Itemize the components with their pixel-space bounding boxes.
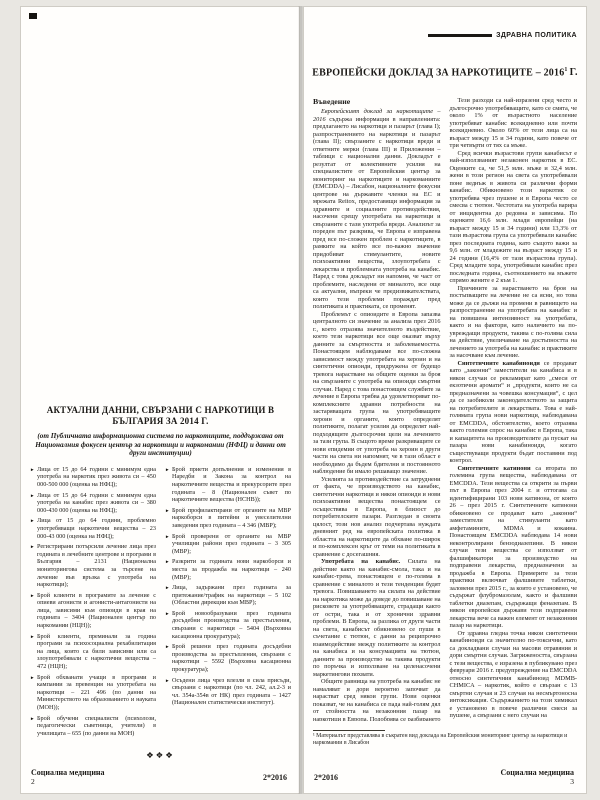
footer-journal-block: Социална медицина 3 — [500, 768, 574, 786]
list-item-text: Осъдени лица чрез влезли в сила присъди,… — [172, 677, 291, 707]
bullet-list-col2: ►Брой приети допълнения и изменения в На… — [165, 466, 291, 741]
footnote-text: ¹ Материалът представлява в съкратен вид… — [313, 733, 577, 747]
bullet-arrow-icon: ► — [30, 492, 37, 515]
bullet-arrow-icon: ► — [30, 466, 37, 489]
bullet-arrow-icon: ► — [30, 715, 37, 738]
bulgaria-data-section: АКТУАЛНИ ДАННИ, СВЪРЗАНИ С НАРКОТИЦИ В Б… — [30, 405, 291, 761]
footnote-block: ¹ Материалът представлява в съкратен вид… — [313, 730, 577, 747]
list-item-text: Лица от 15 до 64 години с минимум една у… — [37, 492, 156, 515]
paragraph: Синтетичните катинони са втората по голе… — [450, 465, 578, 630]
bullet-arrow-icon: ► — [30, 517, 37, 540]
list-item: ►Лица, задържани през годината за притеж… — [165, 584, 291, 607]
column-heading: Въведение — [313, 97, 441, 106]
rubric-label: ЗДРАВНА ПОЛИТИКА — [496, 32, 577, 39]
list-item: ►Разкрити за годината нови наркоборси и … — [165, 558, 291, 581]
list-item: ►Лица от 15 до 64 години с минимум една … — [30, 466, 156, 489]
paragraph: Синтетичните канабиноиди се продават кат… — [450, 360, 578, 465]
list-item-text: Брой клиенти, преминали за година програ… — [37, 633, 156, 671]
list-item: ►Брой обучени специалисти (психолози, пе… — [30, 715, 156, 738]
section-end-mark: ❖❖❖ — [30, 750, 291, 761]
section-subtitle: (от Публичната информационна система по … — [30, 432, 291, 458]
issue-label: 2*2016 — [314, 773, 338, 782]
list-item: ►Регистрирани потърсили лечение лица пре… — [30, 543, 156, 589]
page-corner-mark-icon — [29, 13, 37, 19]
bullet-lists: ►Лица от 15 до 64 години с минимум една … — [30, 466, 291, 741]
page-right: ЗДРАВНА ПОЛИТИКА ЕВРОПЕЙСКИ ДОКЛАД ЗА НА… — [303, 6, 587, 794]
list-item: ►Брой решени през годината досъдебни про… — [165, 643, 291, 673]
paragraph: Сред всички възрастови групи канабисът е… — [450, 150, 578, 285]
bullet-arrow-icon: ► — [165, 643, 172, 673]
bullet-arrow-icon: ► — [165, 584, 172, 607]
list-item: ►Брой клиенти, преминали за година прогр… — [30, 633, 156, 671]
journal-name: Социална медицина — [31, 768, 105, 777]
bullet-arrow-icon: ► — [30, 543, 37, 589]
paragraph: От здравна гледна точка някои синтетични… — [450, 630, 578, 720]
paragraph: Европейският доклад за наркотиците – 201… — [313, 108, 441, 311]
bullet-arrow-icon: ► — [165, 677, 172, 707]
list-item: ►Брой обхванати учащи в програми и кампа… — [30, 674, 156, 712]
paragraph: Общите равнища на употреба на канабис не… — [313, 678, 441, 721]
list-item: ►Брой приети допълнения и изменения в На… — [165, 466, 291, 504]
page-number: 2 — [31, 777, 105, 786]
paragraph: Употребата на канабис. Силата на действи… — [313, 558, 441, 678]
list-item-text: Лица от 15 до 64 години с минимум една у… — [37, 466, 156, 489]
left-page-footer: Социална медицина 2 2*2016 — [31, 768, 287, 786]
list-item-text: Брой клиенти в програмите за лечение с о… — [37, 592, 156, 630]
right-page-footer: 2*2016 Социална медицина 3 — [314, 768, 574, 786]
list-item: ►Лица от 15 до 64 години с минимум една … — [30, 492, 156, 515]
list-item-text: Брой профилактирани от органите на МВР н… — [172, 507, 291, 530]
list-item-text: Разкрити за годината нови наркоборси и м… — [172, 558, 291, 581]
bullet-arrow-icon: ► — [165, 558, 172, 581]
list-item-text: Брой решени през годината досъдебни прои… — [172, 643, 291, 673]
bullet-arrow-icon: ► — [30, 674, 37, 712]
bullet-arrow-icon: ► — [165, 466, 172, 504]
list-item: ►Осъдени лица чрез влезли в сила присъди… — [165, 677, 291, 707]
title-footnote-mark: 1 — [564, 67, 567, 73]
bullet-arrow-icon: ► — [30, 592, 37, 630]
bullet-list-col1: ►Лица от 15 до 64 години с минимум една … — [30, 466, 156, 741]
bullet-arrow-icon: ► — [165, 533, 172, 556]
article-col1: ВъведениеЕвропейският доклад за наркотиц… — [313, 97, 441, 721]
list-item-text: Брой обучени специалисти (психолози, пед… — [37, 715, 156, 738]
list-item: ►Лица от 15 до 64 години, проблемно упот… — [30, 517, 156, 540]
list-item-text: Лица от 15 до 64 години, проблемно употр… — [37, 517, 156, 540]
bullet-arrow-icon: ► — [165, 507, 172, 530]
list-item-text: Регистрирани потърсили лечение лица през… — [37, 543, 156, 589]
bullet-arrow-icon: ► — [165, 610, 172, 640]
paragraph: Тези разходи са най-изразени сред често … — [450, 97, 578, 150]
issue-label: 2*2016 — [263, 773, 287, 782]
rubric-rule — [428, 34, 492, 37]
footer-journal-block: Социална медицина 2 — [31, 768, 105, 786]
list-item: ►Брой проверени от органите на МВР учили… — [165, 533, 291, 556]
paragraph: Усилията за противодействие са затруднен… — [313, 476, 441, 559]
list-item-text: Брой проверени от органите на МВР училищ… — [172, 533, 291, 556]
rubric-header: ЗДРАВНА ПОЛИТИКА — [428, 32, 577, 39]
list-item-text: Брой приети допълнения и изменения в Нар… — [172, 466, 291, 504]
bullet-arrow-icon: ► — [30, 633, 37, 671]
section-title: АКТУАЛНИ ДАННИ, СВЪРЗАНИ С НАРКОТИЦИ В Б… — [30, 405, 291, 427]
paragraph: Причините за нарастването на броя на пос… — [450, 285, 578, 360]
page-left: АКТУАЛНИ ДАННИ, СВЪРЗАНИ С НАРКОТИЦИ В Б… — [20, 6, 300, 794]
article-title-tail: Г. — [570, 67, 578, 78]
article-col2: Тези разходи са най-изразени сред често … — [450, 97, 578, 721]
list-item-text: Брой обхванати учащи в програми и кампан… — [37, 674, 156, 712]
article-title: ЕВРОПЕЙСКИ ДОКЛАД ЗА НАРКОТИЦИТЕ – 20161… — [312, 67, 578, 78]
article-title-main: ЕВРОПЕЙСКИ ДОКЛАД ЗА НАРКОТИЦИТЕ – 2016 — [312, 67, 564, 78]
article-columns: ВъведениеЕвропейският доклад за наркотиц… — [313, 97, 577, 721]
list-item: ►Брой профилактирани от органите на МВР … — [165, 507, 291, 530]
list-item: ►Брой новообразувани през годината досъд… — [165, 610, 291, 640]
list-item-text: Лица, задържани през годината за притежа… — [172, 584, 291, 607]
paragraph: Проблемът с опиоидите в Европа запазва ц… — [313, 311, 441, 476]
list-item: ►Брой клиенти в програмите за лечение с … — [30, 592, 156, 630]
journal-name: Социална медицина — [500, 768, 574, 777]
page-number: 3 — [500, 777, 574, 786]
footnote-rule — [313, 730, 385, 731]
list-item-text: Брой новообразувани през годината досъде… — [172, 610, 291, 640]
journal-spread: АКТУАЛНИ ДАННИ, СВЪРЗАНИ С НАРКОТИЦИ В Б… — [0, 0, 600, 800]
